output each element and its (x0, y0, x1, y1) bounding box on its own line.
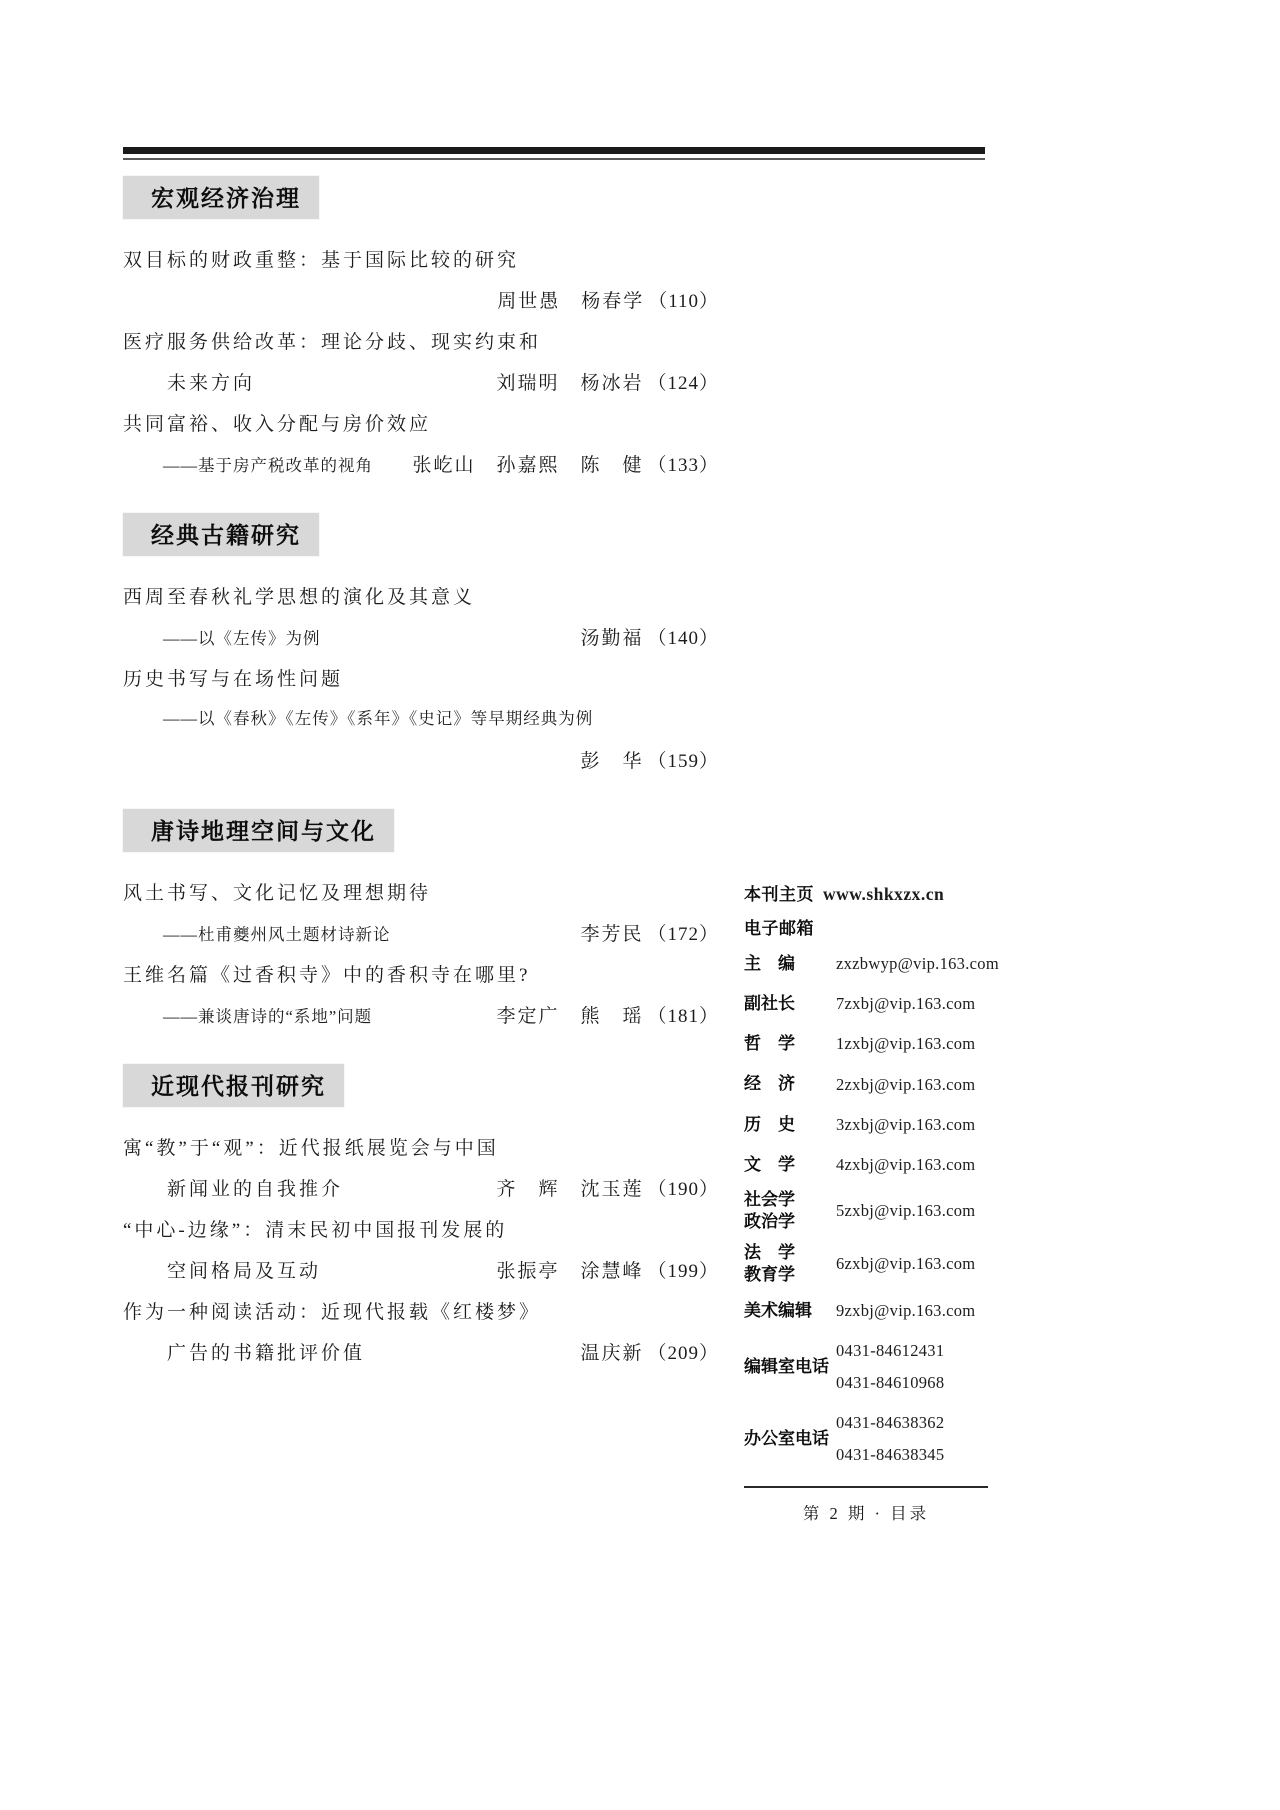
homepage-row: 本刊主页 www.shkxzx.cn (744, 880, 988, 905)
authors-page-group: 彭 华（159） (580, 746, 719, 773)
toc-article: 风土书写、文化记忆及理想期待——杜甫夔州风土题材诗新论李芳民（172） (123, 878, 719, 946)
contact-label: 主 编 (744, 953, 836, 975)
article-authors: 张振亭 涂慧峰 (496, 1261, 643, 1282)
top-double-rule (123, 147, 985, 160)
toc-row: 周世愚 杨春学（110） (123, 286, 719, 313)
contact-value: 6zxbj@vip.163.com (836, 1248, 975, 1280)
toc-row: 双目标的财政重整：基于国际比较的研究 (123, 245, 719, 272)
authors-page-group: 李芳民（172） (580, 919, 719, 946)
section-header: 唐诗地理空间与文化 (123, 809, 394, 852)
article-page-number: （110） (648, 291, 719, 312)
article-authors: 周世愚 杨春学 (497, 291, 644, 312)
contact-value: 0431-846124310431-84610968 (836, 1335, 944, 1399)
toc-row: ——以《左传》为例汤勤福（140） (123, 623, 719, 650)
article-continuation-line: 未来方向 (123, 368, 255, 395)
article-page-number: （199） (647, 1261, 719, 1282)
article-continuation-line: 空间格局及互动 (123, 1256, 321, 1283)
email-header-row: 电子邮箱 (744, 914, 988, 939)
contact-row: 文 学4zxbj@vip.163.com (744, 1149, 988, 1181)
authors-page-group: 张屹山 孙嘉熙 陈 健（133） (412, 450, 719, 477)
article-title-line: 寓“教”于“观”：近代报纸展览会与中国 (123, 1133, 499, 1160)
sidebar-divider (744, 1486, 988, 1488)
contact-label: 历 史 (744, 1114, 836, 1136)
toc-row: 医疗服务供给改革：理论分歧、现实约束和 (123, 327, 719, 354)
article-continuation-line: 广告的书籍批评价值 (123, 1338, 365, 1365)
journal-info-sidebar: 本刊主页 www.shkxzx.cn 电子邮箱 主 编zxzbwyp@vip.1… (744, 880, 988, 1524)
toc-article: 医疗服务供给改革：理论分歧、现实约束和未来方向刘瑞明 杨冰岩（124） (123, 327, 719, 395)
contact-value: 2zxbj@vip.163.com (836, 1069, 975, 1101)
contact-label: 美术编辑 (744, 1300, 836, 1322)
toc-row: ——基于房产税改革的视角张屹山 孙嘉熙 陈 健（133） (123, 450, 719, 477)
toc-row: “中心-边缘”：清末民初中国报刊发展的 (123, 1215, 719, 1242)
contact-label: 法 学教育学 (744, 1242, 836, 1287)
toc-article: 王维名篇《过香积寺》中的香积寺在哪里?——兼谈唐诗的“系地”问题李定广 熊 瑶（… (123, 960, 719, 1028)
contact-value: 1zxbj@vip.163.com (836, 1028, 975, 1060)
article-title-line: “中心-边缘”：清末民初中国报刊发展的 (123, 1215, 507, 1242)
contact-value: 9zxbj@vip.163.com (836, 1295, 975, 1327)
toc-article: 共同富裕、收入分配与房价效应——基于房产税改革的视角张屹山 孙嘉熙 陈 健（13… (123, 409, 719, 477)
article-page-number: （159） (647, 751, 719, 772)
toc-row: 共同富裕、收入分配与房价效应 (123, 409, 719, 436)
toc-section-3: 唐诗地理空间与文化风土书写、文化记忆及理想期待——杜甫夔州风土题材诗新论李芳民（… (123, 809, 719, 1028)
toc-row: 作为一种阅读活动：近现代报载《红楼梦》 (123, 1297, 719, 1324)
article-page-number: （140） (647, 628, 719, 649)
toc-section-2: 经典古籍研究西周至春秋礼学思想的演化及其意义——以《左传》为例汤勤福（140）历… (123, 513, 719, 773)
contact-value: zxzbwyp@vip.163.com (836, 948, 999, 980)
authors-page-group: 刘瑞明 杨冰岩（124） (496, 368, 719, 395)
toc-row: ——以《春秋》《左传》《系年》《史记》等早期经典为例 (123, 705, 719, 732)
authors-page-group: 汤勤福（140） (580, 623, 719, 650)
contact-row: 办公室电话0431-846383620431-84638345 (744, 1407, 988, 1471)
toc-article: 历史书写与在场性问题——以《春秋》《左传》《系年》《史记》等早期经典为例彭 华（… (123, 664, 719, 773)
contact-label: 社会学政治学 (744, 1189, 836, 1234)
article-authors: 刘瑞明 杨冰岩 (496, 373, 643, 394)
toc-article: 寓“教”于“观”：近代报纸展览会与中国新闻业的自我推介齐 辉 沈玉莲（190） (123, 1133, 719, 1201)
contact-row: 美术编辑9zxbj@vip.163.com (744, 1295, 988, 1327)
homepage-url: www.shkxzx.cn (823, 884, 944, 905)
article-authors: 齐 辉 沈玉莲 (496, 1179, 643, 1200)
contact-label: 哲 学 (744, 1033, 836, 1055)
article-authors: 李定广 熊 瑶 (496, 1006, 643, 1027)
contact-row: 历 史3zxbj@vip.163.com (744, 1109, 988, 1141)
article-authors: 李芳民 (580, 924, 643, 945)
article-authors: 张屹山 孙嘉熙 陈 健 (412, 455, 643, 476)
article-authors: 温庆新 (580, 1343, 643, 1364)
toc-row: 西周至春秋礼学思想的演化及其意义 (123, 582, 719, 609)
toc-row: 新闻业的自我推介齐 辉 沈玉莲（190） (123, 1174, 719, 1201)
contact-row: 主 编zxzbwyp@vip.163.com (744, 948, 988, 980)
article-subtitle-line: ——杜甫夔州风土题材诗新论 (123, 921, 391, 945)
contact-row: 社会学政治学5zxbj@vip.163.com (744, 1189, 988, 1234)
authors-page-group: 李定广 熊 瑶（181） (496, 1001, 719, 1028)
toc-section-1: 宏观经济治理双目标的财政重整：基于国际比较的研究周世愚 杨春学（110）医疗服务… (123, 176, 719, 477)
article-title-line: 医疗服务供给改革：理论分歧、现实约束和 (123, 327, 541, 354)
article-title-line: 作为一种阅读活动：近现代报载《红楼梦》 (123, 1297, 541, 1324)
toc-article: 作为一种阅读活动：近现代报载《红楼梦》广告的书籍批评价值温庆新（209） (123, 1297, 719, 1365)
thick-rule (123, 147, 985, 154)
contact-label: 副社长 (744, 993, 836, 1015)
article-authors: 彭 华 (580, 751, 643, 772)
toc-row: 彭 华（159） (123, 746, 719, 773)
contact-row: 编辑室电话0431-846124310431-84610968 (744, 1335, 988, 1399)
article-title-line: 王维名篇《过香积寺》中的香积寺在哪里? (123, 960, 530, 987)
authors-page-group: 齐 辉 沈玉莲（190） (496, 1174, 719, 1201)
contact-label: 文 学 (744, 1154, 836, 1176)
toc-row: 广告的书籍批评价值温庆新（209） (123, 1338, 719, 1365)
article-continuation-line: 新闻业的自我推介 (123, 1174, 343, 1201)
thin-rule (123, 158, 985, 160)
article-page-number: （124） (647, 373, 719, 394)
contact-value: 0431-846383620431-84638345 (836, 1407, 944, 1471)
toc-section-4: 近现代报刊研究寓“教”于“观”：近代报纸展览会与中国新闻业的自我推介齐 辉 沈玉… (123, 1064, 719, 1365)
toc-article: “中心-边缘”：清末民初中国报刊发展的空间格局及互动张振亭 涂慧峰（199） (123, 1215, 719, 1283)
contact-value: 3zxbj@vip.163.com (836, 1109, 975, 1141)
article-page-number: （133） (647, 455, 719, 476)
journal-toc-page: 宏观经济治理双目标的财政重整：基于国际比较的研究周世愚 杨春学（110）医疗服务… (0, 0, 1280, 1810)
contact-value: 5zxbj@vip.163.com (836, 1195, 975, 1227)
article-subtitle-line: ——兼谈唐诗的“系地”问题 (123, 1003, 372, 1027)
toc-row: 寓“教”于“观”：近代报纸展览会与中国 (123, 1133, 719, 1160)
toc-row: ——兼谈唐诗的“系地”问题李定广 熊 瑶（181） (123, 1001, 719, 1028)
contact-row: 经 济2zxbj@vip.163.com (744, 1069, 988, 1101)
article-page-number: （172） (647, 924, 719, 945)
contact-row: 副社长7zxbj@vip.163.com (744, 988, 988, 1020)
contact-row: 哲 学1zxbj@vip.163.com (744, 1028, 988, 1060)
article-title-line: 历史书写与在场性问题 (123, 664, 343, 691)
article-page-number: （190） (647, 1179, 719, 1200)
article-title-line: 风土书写、文化记忆及理想期待 (123, 878, 431, 905)
article-page-number: （209） (647, 1343, 719, 1364)
toc-row: 风土书写、文化记忆及理想期待 (123, 878, 719, 905)
contact-value: 7zxbj@vip.163.com (836, 988, 975, 1020)
article-page-number: （181） (647, 1006, 719, 1027)
section-header: 经典古籍研究 (123, 513, 319, 556)
toc-row: 空间格局及互动张振亭 涂慧峰（199） (123, 1256, 719, 1283)
page-footer: 第 2 期 · 目录 (744, 1500, 988, 1524)
article-title-line: 西周至春秋礼学思想的演化及其意义 (123, 582, 475, 609)
authors-page-group: 周世愚 杨春学（110） (497, 286, 719, 313)
contact-label: 编辑室电话 (744, 1356, 836, 1378)
toc-main-column: 宏观经济治理双目标的财政重整：基于国际比较的研究周世愚 杨春学（110）医疗服务… (123, 176, 719, 1401)
toc-row: 王维名篇《过香积寺》中的香积寺在哪里? (123, 960, 719, 987)
contact-label: 经 济 (744, 1073, 836, 1095)
article-title-line: 共同富裕、收入分配与房价效应 (123, 409, 431, 436)
toc-article: 双目标的财政重整：基于国际比较的研究周世愚 杨春学（110） (123, 245, 719, 313)
contact-list: 主 编zxzbwyp@vip.163.com副社长7zxbj@vip.163.c… (744, 948, 988, 1472)
toc-article: 西周至春秋礼学思想的演化及其意义——以《左传》为例汤勤福（140） (123, 582, 719, 650)
toc-row: ——杜甫夔州风土题材诗新论李芳民（172） (123, 919, 719, 946)
homepage-label: 本刊主页 (744, 880, 814, 905)
authors-page-group: 温庆新（209） (580, 1338, 719, 1365)
email-section-header: 电子邮箱 (744, 914, 814, 939)
authors-page-group: 张振亭 涂慧峰（199） (496, 1256, 719, 1283)
section-header: 宏观经济治理 (123, 176, 319, 219)
article-authors: 汤勤福 (580, 628, 643, 649)
article-subtitle-line: ——基于房产税改革的视角 (123, 452, 373, 476)
article-title-line: 双目标的财政重整：基于国际比较的研究 (123, 245, 519, 272)
contact-value: 4zxbj@vip.163.com (836, 1149, 975, 1181)
article-subtitle-line: ——以《春秋》《左传》《系年》《史记》等早期经典为例 (123, 705, 593, 729)
article-subtitle-line: ——以《左传》为例 (123, 625, 321, 649)
contact-row: 法 学教育学6zxbj@vip.163.com (744, 1242, 988, 1287)
toc-row: 历史书写与在场性问题 (123, 664, 719, 691)
contact-label: 办公室电话 (744, 1428, 836, 1450)
toc-row: 未来方向刘瑞明 杨冰岩（124） (123, 368, 719, 395)
section-header: 近现代报刊研究 (123, 1064, 344, 1107)
